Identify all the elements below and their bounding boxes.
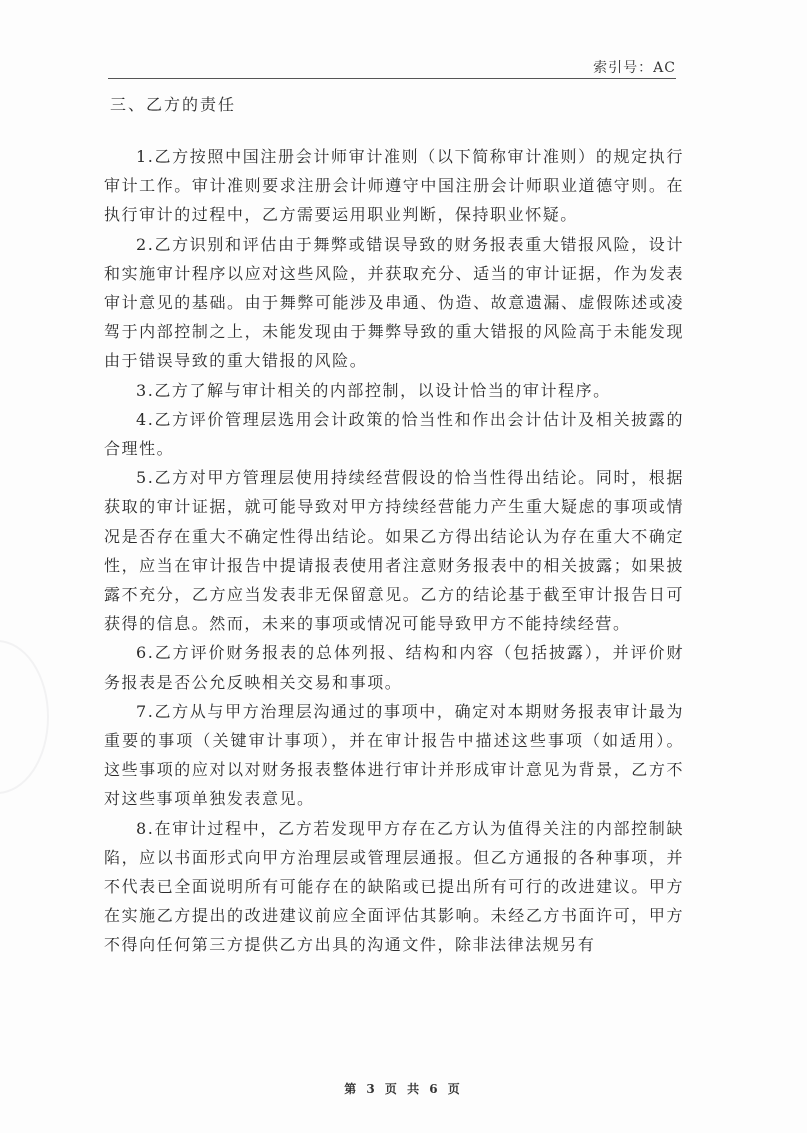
section-body: 1.乙方按照中国注册会计师审计准则（以下简称审计准则）的规定执行审计工作。审计准… [104,142,684,960]
section-title: 三、乙方的责任 [110,92,236,115]
clause-8: 8.在审计过程中，乙方若发现甲方存在乙方认为值得关注的内部控制缺陷，应以书面形式… [104,814,684,960]
page-header: 索引号：AC [108,58,676,79]
clause-6: 6.乙方评价财务报表的总体列报、结构和内容（包括披露），并评价财务报表是否公允反… [104,638,684,696]
clause-5: 5.乙方对甲方管理层使用持续经营假设的恰当性得出结论。同时，根据获取的审计证据，… [104,463,684,638]
index-number-label: 索引号：AC [593,57,676,77]
clause-4: 4.乙方评价管理层选用会计政策的恰当性和作出会计估计及相关披露的合理性。 [104,405,684,463]
page-number-footer: 第 3 页 共 6 页 [0,1080,807,1097]
clause-3: 3.乙方了解与审计相关的内部控制，以设计恰当的审计程序。 [104,376,684,405]
faint-seal-stamp [0,640,49,794]
clause-7: 7.乙方从与甲方治理层沟通过的事项中，确定对本期财务报表审计最为重要的事项（关键… [104,697,684,814]
document-page: 索引号：AC 三、乙方的责任 1.乙方按照中国注册会计师审计准则（以下简称审计准… [0,0,807,1133]
clause-2: 2.乙方识别和评估由于舞弊或错误导致的财务报表重大错报风险，设计和实施审计程序以… [104,230,684,376]
clause-1: 1.乙方按照中国注册会计师审计准则（以下简称审计准则）的规定执行审计工作。审计准… [104,142,684,230]
